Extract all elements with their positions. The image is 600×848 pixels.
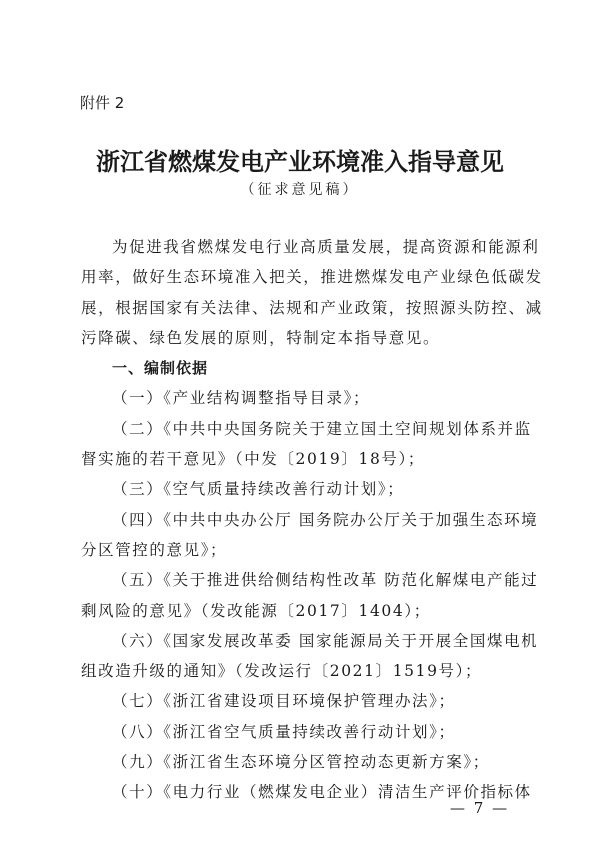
intro-line: 用率，做好生态环境准入把关，推进燃煤发电产业绿色低碳发 bbox=[81, 262, 521, 292]
basis-line: （八）《浙江省空气质量持续改善行动计划》； bbox=[81, 717, 521, 747]
basis-line: （二）《中共中央国务院关于建立国土空间规划体系并监 bbox=[81, 414, 521, 444]
page-number: — 7 — bbox=[450, 799, 509, 817]
basis-line: 剩风险的意见》（发改能源〔2017〕1404）； bbox=[81, 596, 521, 626]
basis-line: （五）《关于推进供给侧结构性改革 防范化解煤电产能过 bbox=[81, 565, 521, 595]
basis-line: （四）《中共中央办公厅 国务院办公厅关于加强生态环境 bbox=[81, 505, 521, 535]
basis-line: （三）《空气质量持续改善行动计划》； bbox=[81, 474, 521, 504]
intro-line: 为促进我省燃煤发电行业高质量发展，提高资源和能源利 bbox=[81, 232, 521, 262]
basis-line: 分区管控的意见》； bbox=[81, 535, 521, 565]
basis-line: （一）《产业结构调整指导目录》； bbox=[81, 383, 521, 413]
basis-line: （七）《浙江省建设项目环境保护管理办法》； bbox=[81, 686, 521, 716]
basis-line: 督实施的若干意见》（中发〔2019〕18号）； bbox=[81, 444, 521, 474]
basis-line: 组改造升级的通知》（发改运行〔2021〕1519号）； bbox=[81, 656, 521, 686]
section-heading: 一、编制依据 bbox=[81, 353, 521, 383]
document-body: 为促进我省燃煤发电行业高质量发展，提高资源和能源利 用率，做好生态环境准入把关，… bbox=[81, 232, 521, 808]
basis-line: （六）《国家发展改革委 国家能源局关于开展全国煤电机 bbox=[81, 626, 521, 656]
document-title: 浙江省燃煤发电产业环境准入指导意见 bbox=[0, 142, 600, 177]
intro-line: 污降碳、绿色发展的原则，特制定本指导意见。 bbox=[81, 323, 521, 353]
intro-line: 展，根据国家有关法律、法规和产业政策，按照源头防控、减 bbox=[81, 293, 521, 323]
basis-line: （九）《浙江省生态环境分区管控动态更新方案》； bbox=[81, 747, 521, 777]
attachment-label: 附件 2 bbox=[80, 92, 124, 113]
document-subtitle: （征求意见稿） bbox=[0, 179, 600, 199]
